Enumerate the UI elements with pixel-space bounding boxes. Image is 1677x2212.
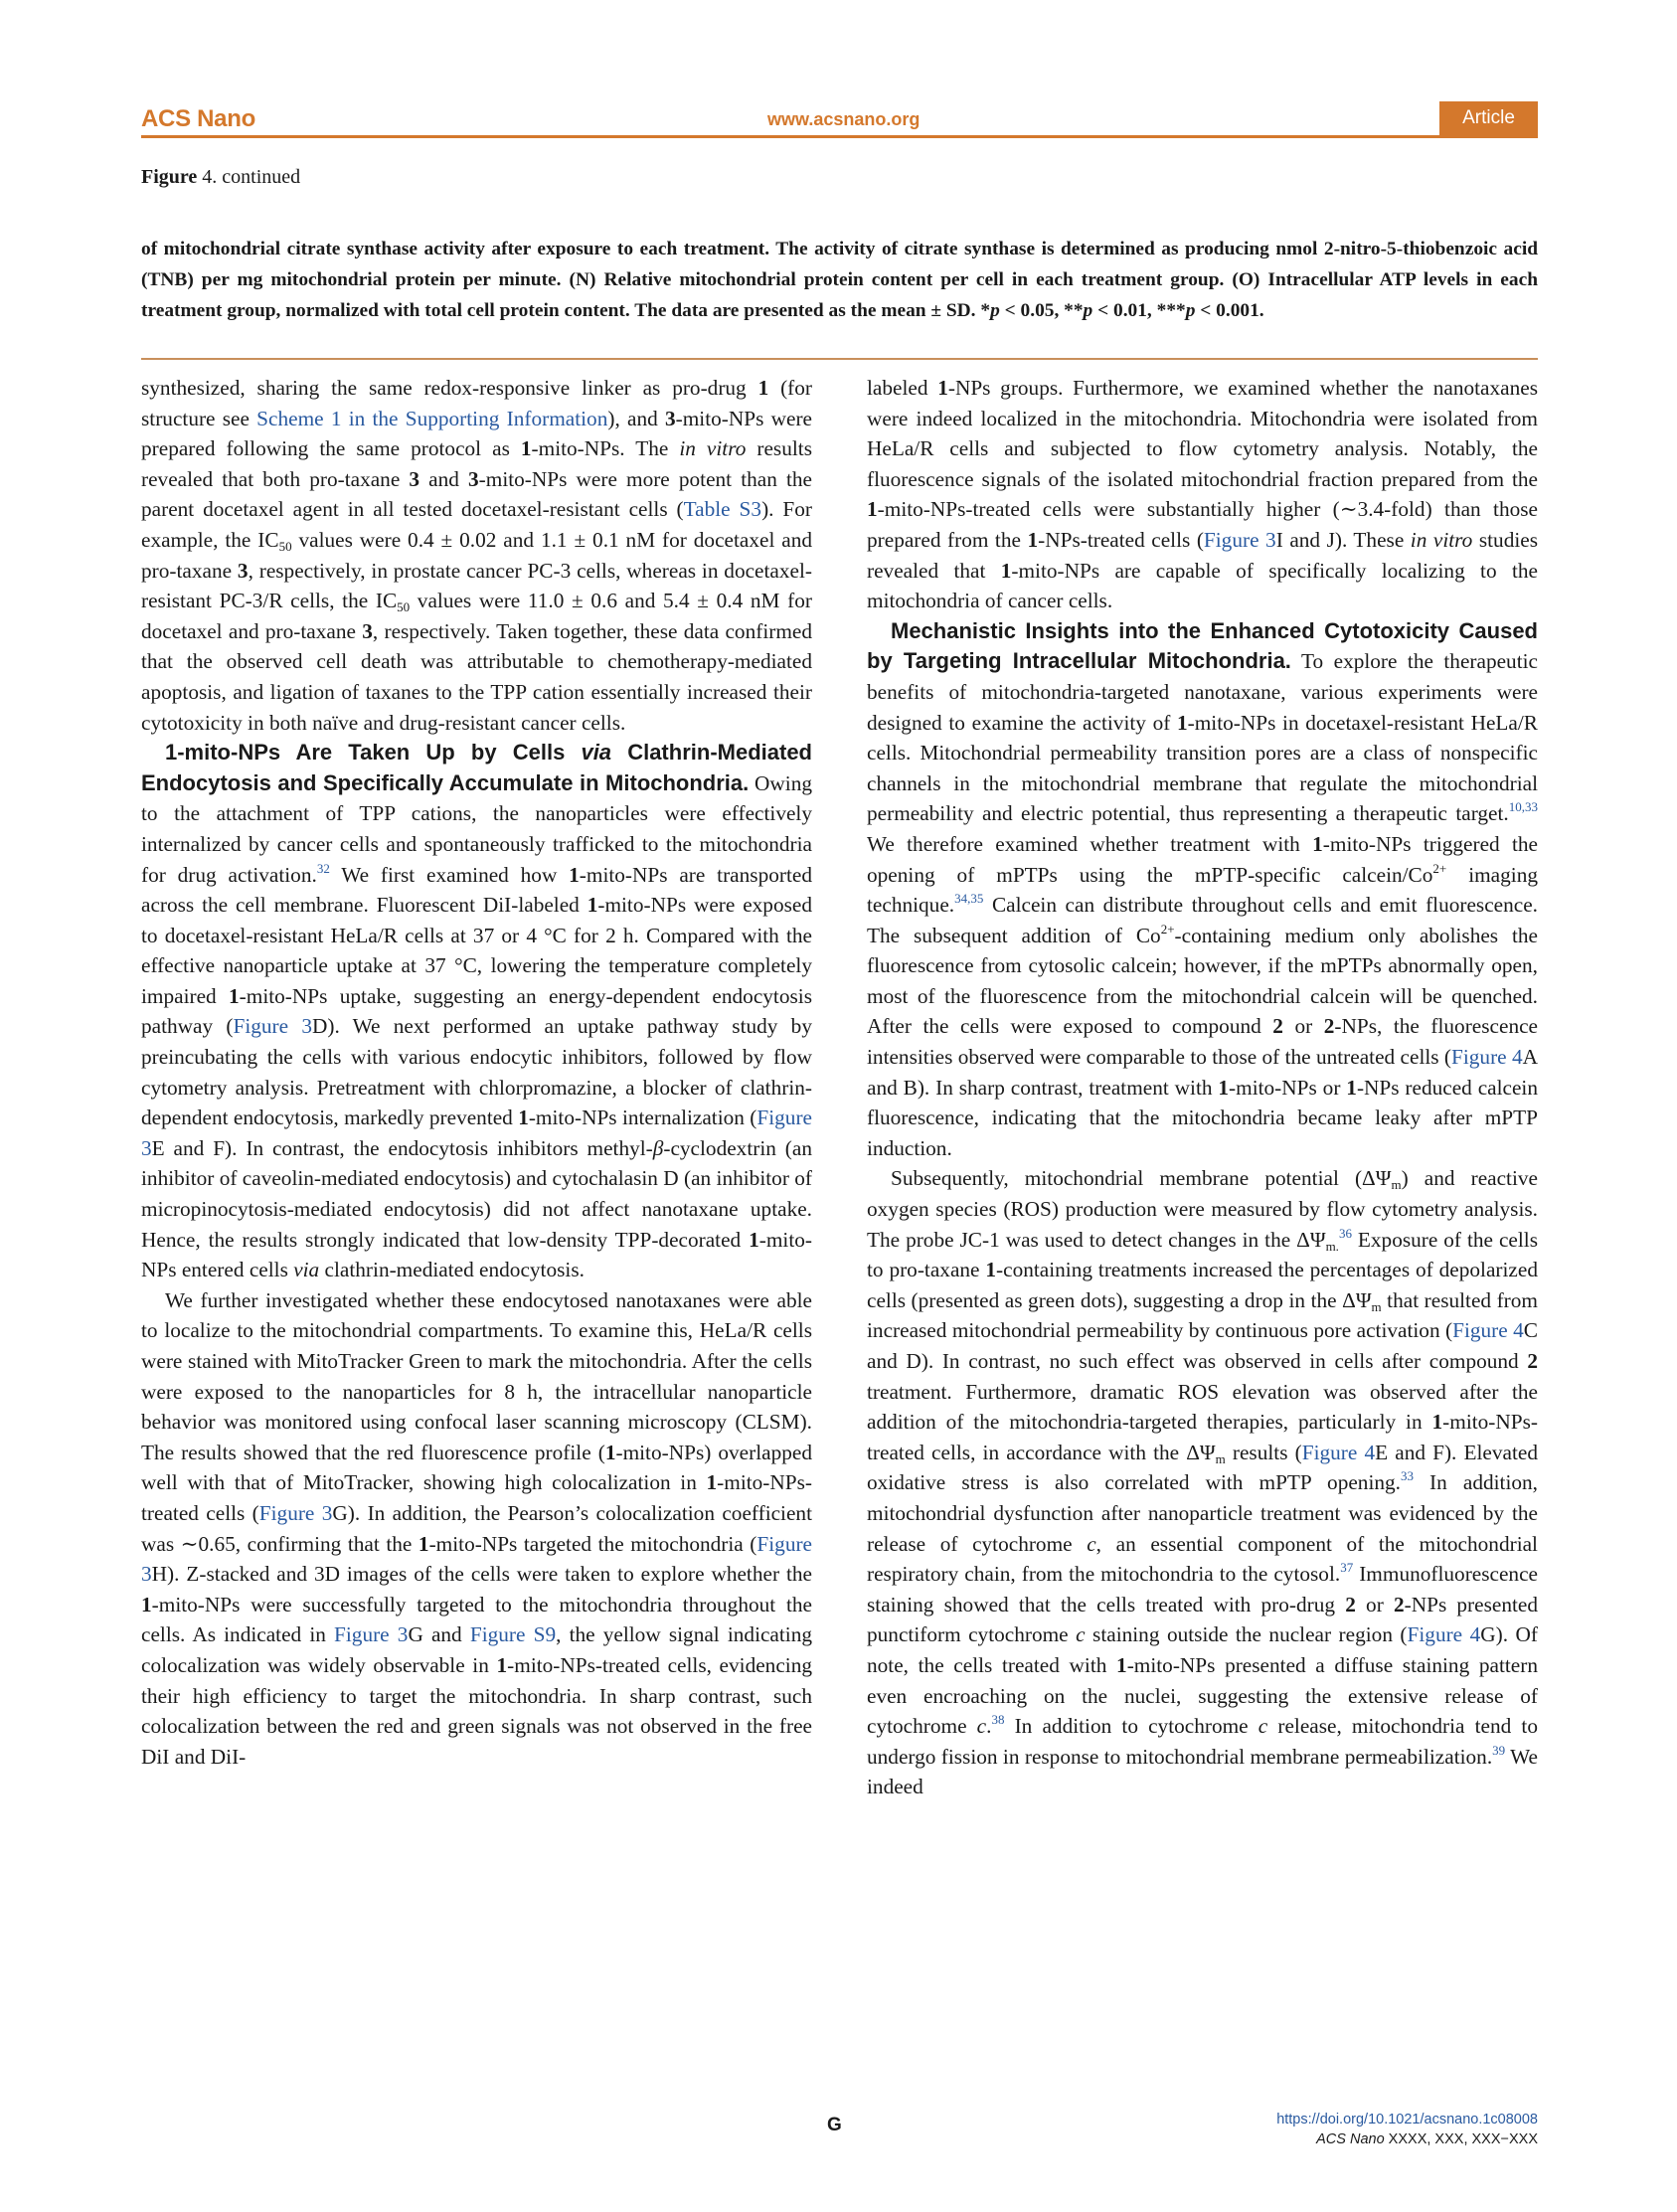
running-header: ACS Nano www.acsnano.org Article [141, 105, 1538, 139]
paragraph: labeled 1-NPs groups. Furthermore, we ex… [867, 373, 1538, 616]
text-run: 3 [665, 407, 676, 430]
text-run: 1 [1346, 1076, 1357, 1100]
text-run: 1 [518, 1106, 529, 1129]
text-run: 3 [468, 467, 479, 491]
text-run: 2 [1527, 1349, 1538, 1373]
text-run: 1 [229, 984, 240, 1008]
text-run: in vitro [679, 436, 746, 460]
text-run: m [1216, 1451, 1226, 1466]
text-run: 3 [362, 619, 373, 643]
text-run: 2 [1324, 1014, 1335, 1038]
text-run: 1 [1001, 559, 1012, 583]
text-run: 3 [409, 467, 419, 491]
text-run: In addition to cytochrome [1004, 1714, 1258, 1738]
text-run: 1 [141, 1593, 152, 1616]
journal-name: ACS Nano [141, 105, 255, 133]
paragraph: 1-mito-NPs Are Taken Up by Cells via Cla… [141, 738, 812, 1285]
cross-reference-link[interactable]: Figure 4 [1302, 1441, 1375, 1464]
text-run: 1 [867, 497, 878, 521]
text-run: c [1087, 1532, 1095, 1556]
text-run: in vitro [1411, 528, 1473, 552]
section-heading: via [581, 740, 611, 765]
text-run: We further investigated whether these en… [141, 1288, 812, 1464]
text-run: 2 [1394, 1593, 1405, 1616]
text-run: -mito-NPs or [1229, 1076, 1346, 1100]
text-run: 1 [1432, 1410, 1443, 1434]
text-run: We first examined how [330, 863, 569, 887]
text-run: 2+ [1432, 861, 1446, 876]
figure-continued-text: 4. continued [197, 166, 300, 188]
text-run: < 0.05, ** [1000, 300, 1084, 321]
text-run: 50 [397, 599, 410, 614]
text-run: and [419, 467, 468, 491]
article-type-badge: Article [1439, 101, 1538, 135]
page-number: G [827, 2115, 842, 2136]
doi-link[interactable]: https://doi.org/10.1021/acsnano.1c08008 [1276, 2112, 1538, 2127]
text-run: G and [408, 1622, 469, 1646]
text-run: -NPs-treated cells ( [1038, 528, 1204, 552]
text-run: 1 [569, 863, 580, 887]
text-run: results ( [1226, 1441, 1302, 1464]
text-run: 1 [1177, 711, 1188, 735]
text-run: or [1356, 1593, 1394, 1616]
text-run: 50 [279, 539, 292, 554]
text-run: or [1283, 1014, 1324, 1038]
text-run: p [1084, 300, 1093, 321]
text-run: c [977, 1714, 986, 1738]
text-run: -NPs groups. Furthermore, we examined wh… [867, 376, 1538, 491]
paragraph: Subsequently, mitochondrial membrane pot… [867, 1163, 1538, 1801]
cross-reference-link[interactable]: Figure 3 [233, 1014, 312, 1038]
cross-reference-link[interactable]: Figure 3 [1204, 528, 1276, 552]
text-run: 2 [1345, 1593, 1356, 1616]
reference-link[interactable]: 33 [1401, 1468, 1414, 1483]
journal-url-link[interactable]: www.acsnano.org [767, 109, 920, 130]
text-run: H). Z-stacked and 3D images of the cells… [152, 1562, 812, 1586]
reference-link[interactable]: 36 [1339, 1226, 1352, 1241]
text-run: p [990, 300, 1000, 321]
text-run: m. [1326, 1239, 1339, 1254]
text-run: We therefore examined whether treatment … [867, 832, 1312, 856]
figure-caption: of mitochondrial citrate synthase activi… [141, 234, 1538, 326]
cross-reference-link[interactable]: Figure 4 [1408, 1622, 1481, 1646]
text-run: staining outside the nuclear region ( [1086, 1622, 1408, 1646]
text-run: < 0.01, *** [1092, 300, 1185, 321]
cross-reference-link[interactable]: Figure 4 [1452, 1318, 1524, 1342]
text-run: via [293, 1258, 319, 1281]
text-run: 1 [707, 1470, 718, 1494]
text-run: -mito-NPs. The [532, 436, 680, 460]
text-run: 1 [985, 1258, 996, 1281]
paragraph: synthesized, sharing the same redox-resp… [141, 373, 812, 738]
text-run: -mito-NPs internalization ( [529, 1106, 757, 1129]
text-run: 1 [758, 376, 769, 400]
text-run: 1 [419, 1532, 429, 1556]
caption-divider [141, 358, 1538, 360]
text-run: 1 [1116, 1653, 1127, 1677]
text-run: c [1076, 1622, 1085, 1646]
left-column: synthesized, sharing the same redox-resp… [141, 373, 812, 1772]
text-run: m [1372, 1299, 1382, 1314]
text-run: β [653, 1136, 664, 1160]
text-run: 3 [238, 559, 249, 583]
text-run: of mitochondrial citrate synthase activi… [141, 239, 1538, 321]
text-run: clathrin-mediated endocytosis. [319, 1258, 585, 1281]
reference-link[interactable]: 34,35 [954, 891, 983, 906]
text-run: Subsequently, mitochondrial membrane pot… [891, 1166, 1391, 1190]
text-run: 1 [937, 376, 948, 400]
text-run: ), and [607, 407, 665, 430]
figure-label: Figure [141, 166, 197, 188]
text-run: 1 [587, 893, 598, 917]
journal-citation: ACS Nano XXXX, XXX, XXX−XXX [1316, 2131, 1538, 2147]
paragraph: Mechanistic Insights into the Enhanced C… [867, 616, 1538, 1164]
cross-reference-link[interactable]: Table S3 [684, 497, 761, 521]
cross-reference-link[interactable]: Figure 3 [334, 1622, 408, 1646]
reference-link[interactable]: 10,33 [1509, 799, 1538, 814]
reference-link[interactable]: 38 [991, 1712, 1004, 1727]
citation-journal: ACS Nano [1316, 2131, 1385, 2147]
text-run: 1 [521, 436, 532, 460]
text-run: labeled [867, 376, 937, 400]
text-run: -mito-NPs targeted the mitochondria ( [429, 1532, 757, 1556]
cross-reference-link[interactable]: Scheme 1 in the Supporting Information [256, 407, 607, 430]
figure-continued-label: Figure 4. continued [141, 166, 300, 189]
text-run: 1 [1312, 832, 1323, 856]
reference-link[interactable]: 32 [317, 861, 330, 876]
text-run: E and F). In contrast, the endocytosis i… [152, 1136, 653, 1160]
text-run: 1 [749, 1228, 759, 1252]
section-heading: 1-mito-NPs Are Taken Up by Cells [165, 740, 581, 765]
text-run: < 0.001. [1195, 300, 1263, 321]
text-run: 1 [497, 1653, 508, 1677]
text-run: 2 [1272, 1014, 1283, 1038]
text-run: 2+ [1161, 922, 1175, 936]
text-run: p [1186, 300, 1196, 321]
text-run: synthesized, sharing the same redox-resp… [141, 376, 758, 400]
cross-reference-link[interactable]: Figure 4 [1451, 1045, 1523, 1069]
text-run: m [1391, 1177, 1401, 1192]
right-column: labeled 1-NPs groups. Furthermore, we ex… [867, 373, 1538, 1802]
reference-link[interactable]: 37 [1340, 1560, 1353, 1575]
paragraph: We further investigated whether these en… [141, 1285, 812, 1773]
text-run: c [1258, 1714, 1267, 1738]
cross-reference-link[interactable]: Figure S9 [470, 1622, 556, 1646]
header-divider [141, 135, 1538, 138]
text-run: 1 [1027, 528, 1038, 552]
text-run: 1 [605, 1441, 616, 1464]
text-run: 1 [1218, 1076, 1229, 1100]
cross-reference-link[interactable]: Figure 3 [259, 1501, 333, 1525]
text-run: I and J). These [1276, 528, 1411, 552]
citation-volume: XXXX, XXX, XXX−XXX [1385, 2131, 1538, 2147]
reference-link[interactable]: 39 [1492, 1743, 1505, 1758]
